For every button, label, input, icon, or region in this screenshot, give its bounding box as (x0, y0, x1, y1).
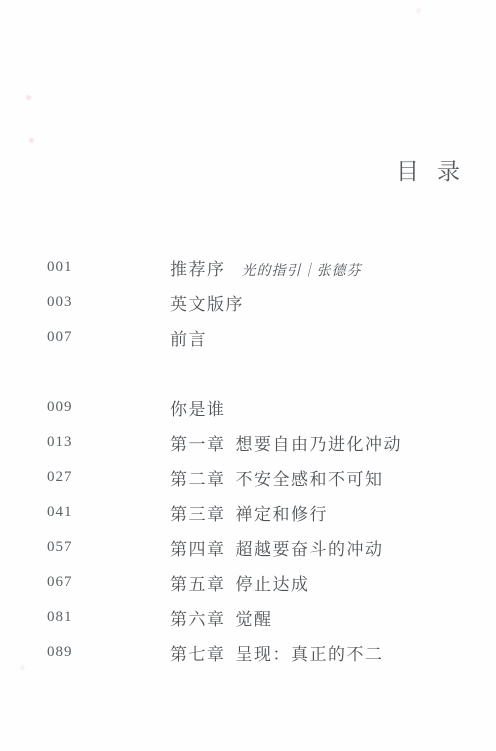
chapter-title: 停止达成 (236, 570, 310, 595)
page-number: 003 (47, 294, 73, 311)
toc-row: 067 第五章 停止达成 (0, 565, 496, 600)
toc-row: 081 第六章 觉醒 (0, 600, 496, 635)
toc-entry: 第六章 觉醒 (170, 605, 273, 630)
toc-row: 013 第一章 想要自由乃进化冲动 (0, 425, 496, 460)
entry-label: 推荐序 (170, 255, 226, 280)
toc-entry: 第一章 想要自由乃进化冲动 (170, 430, 402, 455)
chapter-label: 第二章 (170, 465, 226, 490)
page-number: 001 (47, 259, 73, 276)
chapter-title: 呈现：真正的不二 (236, 640, 384, 665)
chapter-label: 第三章 (170, 500, 226, 525)
chapter-label: 第七章 (170, 640, 226, 665)
chapter-label: 第四章 (170, 535, 226, 560)
page-number: 041 (47, 504, 73, 521)
entry-label: 你是谁 (170, 395, 226, 420)
toc-entry: 第五章 停止达成 (170, 570, 310, 595)
page-number: 007 (47, 329, 73, 346)
toc-entry: 英文版序 (170, 290, 244, 315)
chapter-title: 想要自由乃进化冲动 (236, 430, 403, 455)
entry-label: 英文版序 (170, 290, 244, 315)
toc-row: 007 前言 (0, 320, 496, 355)
page-number: 067 (47, 574, 73, 591)
chapter-title: 觉醒 (236, 605, 273, 630)
page-number: 081 (47, 609, 73, 626)
toc-row: 089 第七章 呈现：真正的不二 (0, 635, 496, 670)
chapter-label: 第六章 (170, 605, 226, 630)
toc-entry: 第三章 禅定和修行 (170, 500, 328, 525)
toc-row: 027 第二章 不安全感和不可知 (0, 460, 496, 495)
toc-list: 001 推荐序 光的指引｜张德芬 003 英文版序 007 前言 009 你是谁 (0, 250, 496, 670)
paper-stain-mark (25, 94, 32, 101)
toc-entry: 你是谁 (170, 395, 226, 420)
chapter-title: 禅定和修行 (236, 500, 329, 525)
toc-row: 057 第四章 超越要奋斗的冲动 (0, 530, 496, 565)
chapter-label: 第五章 (170, 570, 226, 595)
toc-row: 001 推荐序 光的指引｜张德芬 (0, 250, 496, 285)
paper-stain-mark (415, 7, 422, 14)
page-title: 目录 (396, 153, 478, 186)
toc-row: 041 第三章 禅定和修行 (0, 495, 496, 530)
toc-row: 009 你是谁 (0, 390, 496, 425)
book-page: 目录 001 推荐序 光的指引｜张德芬 003 英文版序 007 前言 009 (0, 0, 496, 751)
page-number: 009 (47, 399, 73, 416)
entry-subtitle: 光的指引｜张德芬 (242, 260, 362, 280)
toc-row: 003 英文版序 (0, 285, 496, 320)
toc-entry: 第二章 不安全感和不可知 (170, 465, 384, 490)
chapter-title: 不安全感和不可知 (236, 465, 384, 490)
section-gap (0, 355, 496, 390)
toc-entry: 推荐序 光的指引｜张德芬 (170, 255, 362, 280)
chapter-title: 超越要奋斗的冲动 (236, 535, 384, 560)
toc-entry: 第七章 呈现：真正的不二 (170, 640, 384, 665)
page-number: 027 (47, 469, 73, 486)
toc-entry: 前言 (170, 325, 207, 350)
entry-label: 前言 (170, 325, 207, 350)
page-number: 089 (47, 644, 73, 661)
page-number: 013 (47, 434, 73, 451)
page-number: 057 (47, 539, 73, 556)
chapter-label: 第一章 (170, 430, 226, 455)
toc-entry: 第四章 超越要奋斗的冲动 (170, 535, 384, 560)
paper-stain-mark (28, 137, 35, 144)
